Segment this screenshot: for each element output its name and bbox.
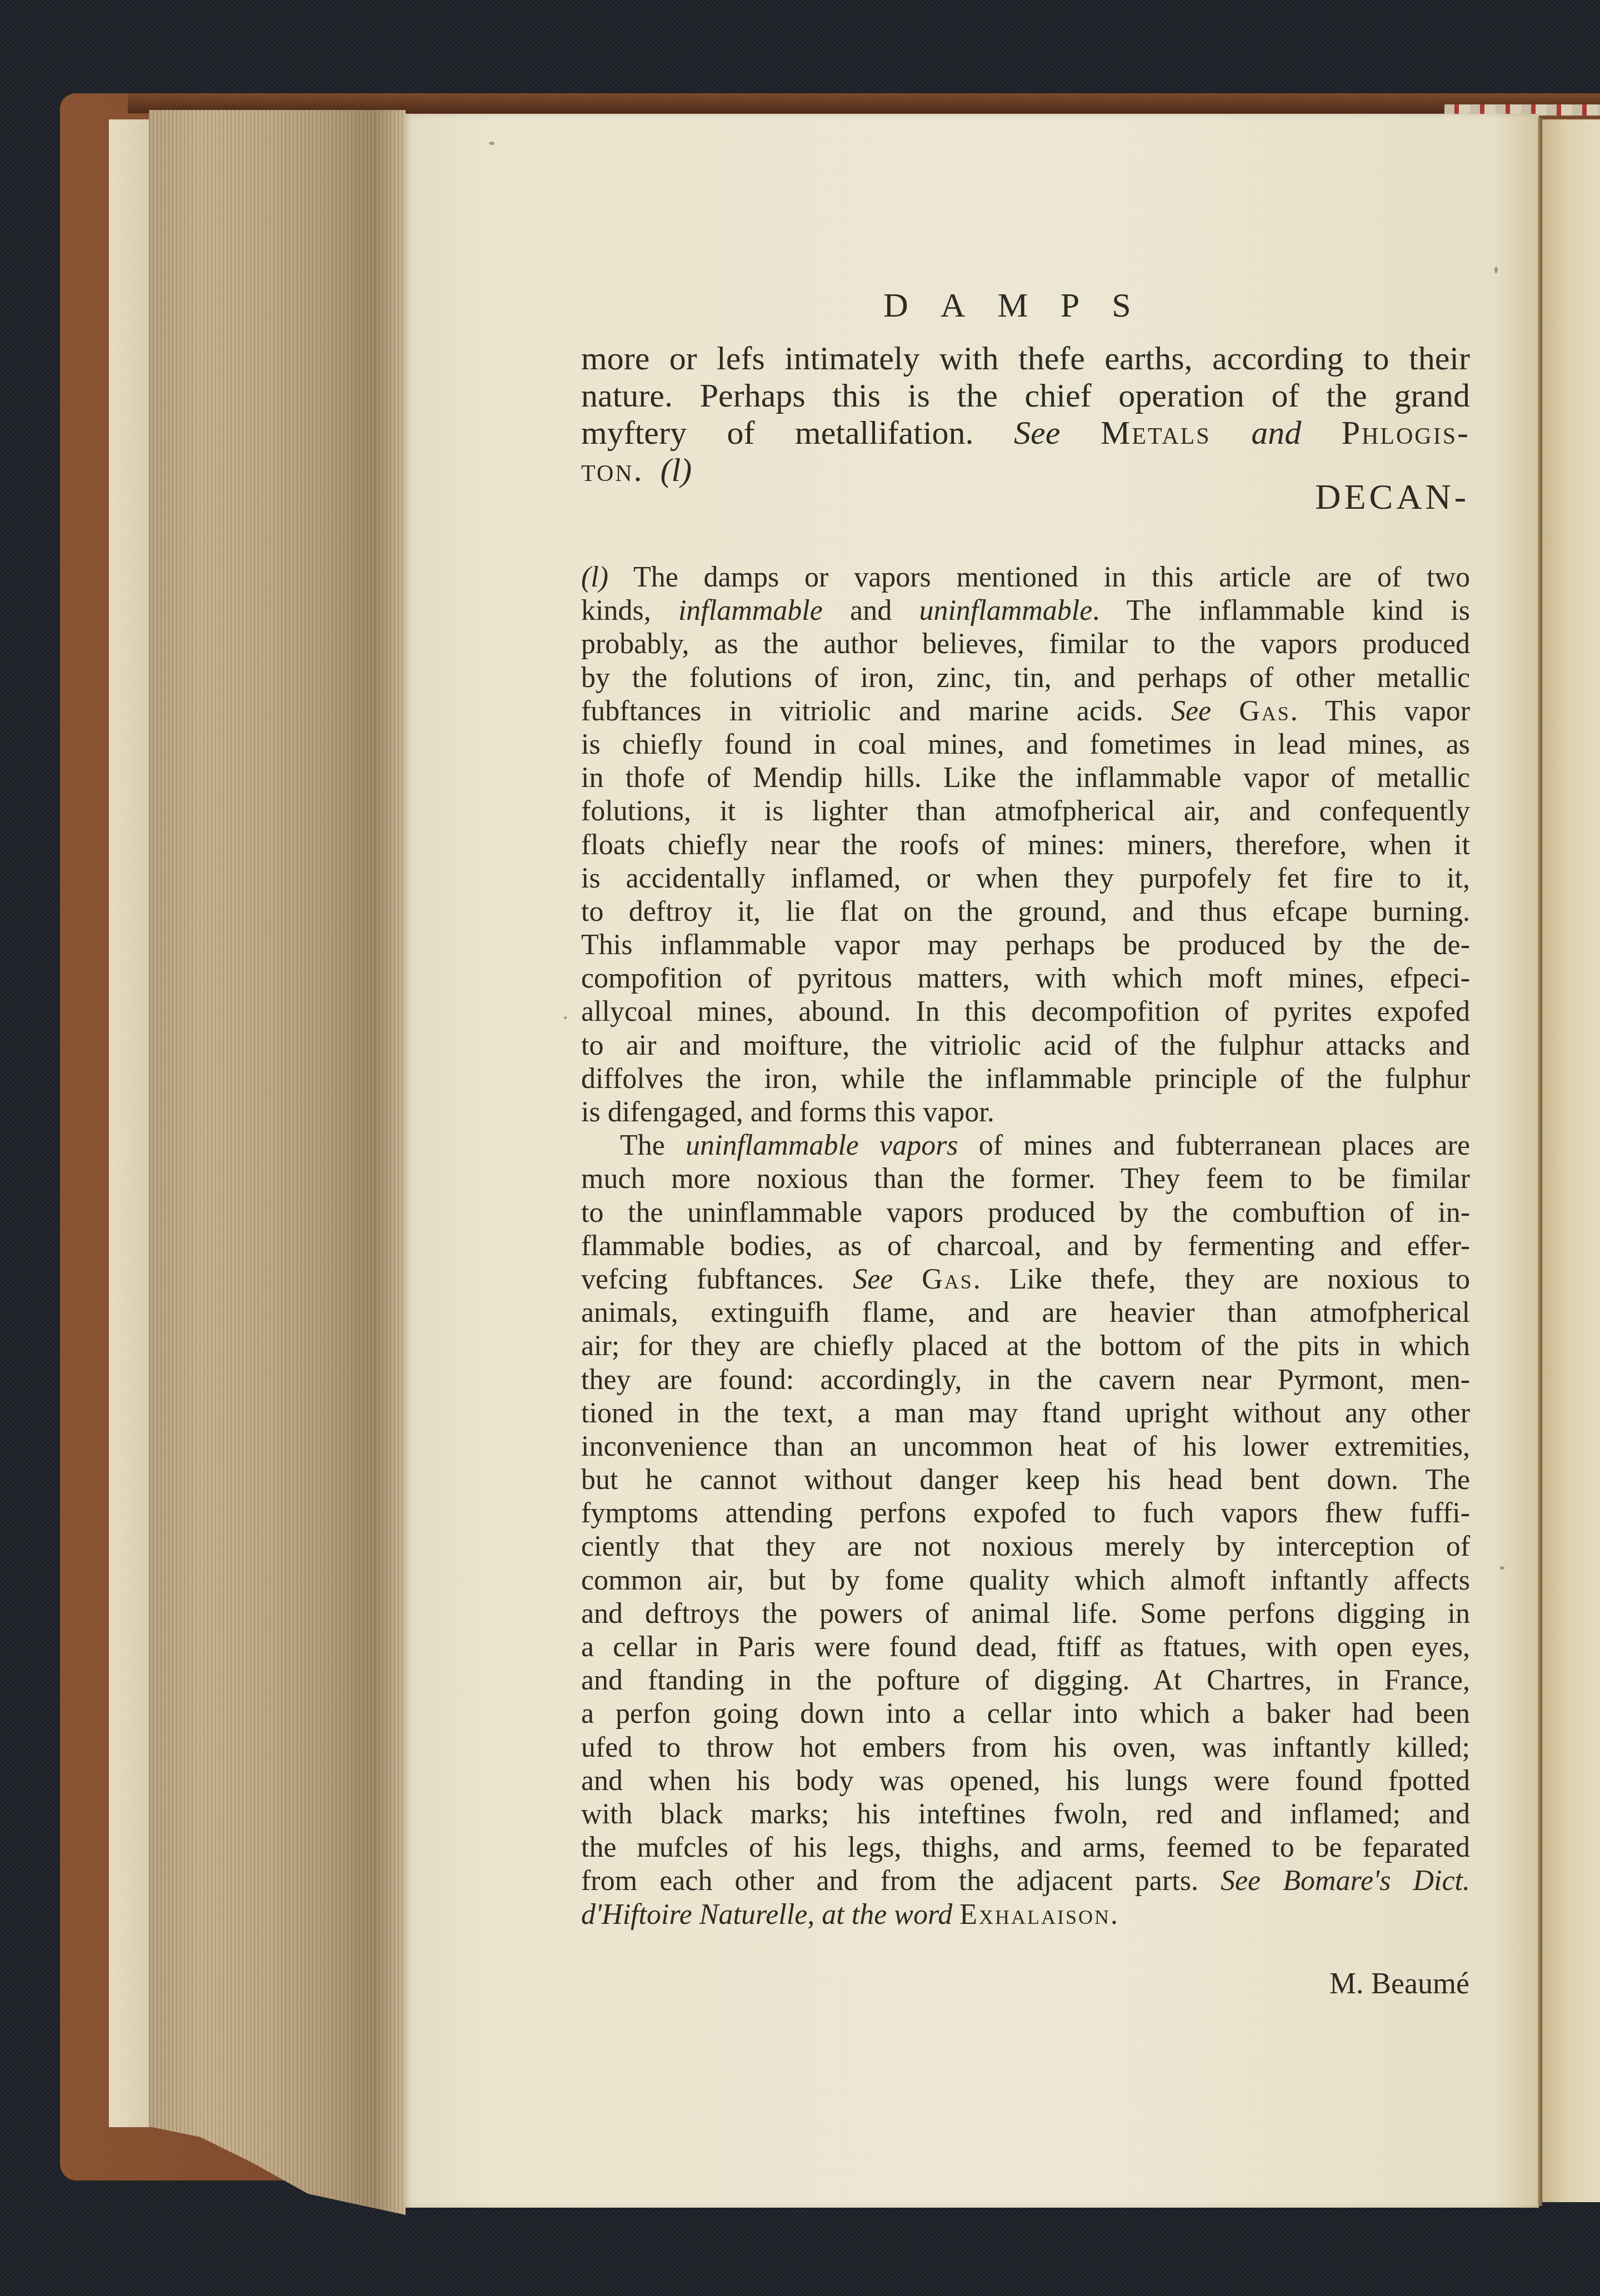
text-segment: and when his body was opened, his lungs … (581, 1765, 1470, 1797)
footnote-line: fymptoms attending perfons expofed to fu… (581, 1497, 1470, 1530)
text-segment: they are found: accordingly, in the cave… (581, 1364, 1470, 1396)
footnote-line: tioned in the text, a man may ftand upri… (581, 1397, 1470, 1430)
text-segment: to air and moifture, the vitriolic acid … (581, 1030, 1470, 1061)
footnote-line: and when his body was opened, his lungs … (581, 1764, 1470, 1798)
text-segment: of mines and fubterranean places are (958, 1130, 1470, 1161)
text-segment: much more noxious than the former. They … (581, 1163, 1470, 1195)
text-segment: flammable bodies, as of charcoal, and by… (581, 1230, 1470, 1262)
text-segment: a cellar in Paris were found dead, ftiff… (581, 1631, 1470, 1663)
body-text: more or lefs intimately with thefe earth… (581, 340, 1470, 489)
text-segment: The damps or vapors mentioned in this ar… (608, 562, 1470, 593)
footnote-block: (l) The damps or vapors mentioned in thi… (581, 561, 1470, 1932)
text-segment: from each other and from the adjacent pa… (581, 1865, 1221, 1897)
footnote-line: the mufcles of his legs, thighs, and arm… (581, 1831, 1470, 1864)
small-caps-reference: Gas (922, 1264, 973, 1295)
footnote-line: ufed to throw hot embers from his oven, … (581, 1731, 1470, 1764)
endpaper-strip (109, 119, 150, 2127)
text-segment: . This vapor (1291, 695, 1470, 727)
text-segment: a perfon going down into a cellar into w… (581, 1698, 1470, 1729)
footnote-line: from each other and from the adjacent pa… (581, 1864, 1470, 1898)
text-segment: by the folutions of iron, zinc, tin, and… (581, 662, 1470, 694)
footnote-line: they are found: accordingly, in the cave… (581, 1363, 1470, 1397)
text-segment: in thofe of Mendip hills. Like the infla… (581, 762, 1470, 794)
footnote-line: common air, but by fome quality which al… (581, 1564, 1470, 1597)
text-segment: but he cannot without danger keep his he… (581, 1464, 1470, 1496)
cross-reference-metals: Metals (1101, 414, 1211, 451)
italic-segment: d'Hiftoire Naturelle, at the word (581, 1899, 952, 1931)
footnote-line: animals, extinguifh flame, and are heavi… (581, 1296, 1470, 1330)
footnote-line: in thofe of Mendip hills. Like the infla… (581, 761, 1470, 795)
text-segment: kinds, (581, 595, 678, 626)
text-segment: is difengaged, and forms this vapor. (581, 1096, 994, 1128)
footnote-line: fubftances in vitriolic and marine acids… (581, 695, 1470, 728)
catchword: DECAN- (1278, 477, 1469, 518)
text-segment: and (823, 595, 919, 626)
italic-segment: See (853, 1264, 893, 1295)
footnote-line: flammable bodies, as of charcoal, and by… (581, 1230, 1470, 1263)
footnote-line: vefcing fubftances. See Gas. Like thefe,… (581, 1263, 1470, 1296)
cross-reference-phlogiston-cont: ton. (581, 452, 644, 488)
body-text-segment: myftery of metallifation. (581, 414, 974, 451)
footnote-line: air; for they are chiefly placed at the … (581, 1330, 1470, 1363)
italic-segment: See (1171, 695, 1211, 727)
footnote-line: is accidentally inflamed, or when they p… (581, 862, 1470, 895)
text-segment: . Like thefe, they are noxious to (973, 1264, 1470, 1295)
italic-segment: (l) (581, 562, 608, 593)
footnote-line: with black marks; his inteftines fwoln, … (581, 1798, 1470, 1831)
text-segment: to deftroy it, lie flat on the ground, a… (581, 896, 1470, 928)
footnote-line: by the folutions of iron, zinc, tin, and… (581, 661, 1470, 695)
signature-catchword: M. Beaumé (1278, 1966, 1469, 2001)
footnote-line: probably, as the author believes, fimila… (581, 628, 1470, 661)
facing-page-sliver (1542, 119, 1600, 2202)
gutter-fold (1538, 118, 1542, 2206)
text-segment: compofition of pyritous matters, with wh… (581, 962, 1470, 994)
see-reference: See (1014, 414, 1060, 451)
footnote-line: a cellar in Paris were found dead, ftiff… (581, 1631, 1470, 1664)
text-segment: ufed to throw hot embers from his oven, … (581, 1732, 1470, 1763)
footnote-marker: (l) (661, 452, 692, 488)
footnote-line: compofition of pyritous matters, with wh… (581, 962, 1470, 995)
running-head: DAMPS (883, 286, 1172, 325)
text-segment: tioned in the text, a man may ftand upri… (581, 1397, 1470, 1429)
italic-segment: uninflammable vapors (686, 1130, 958, 1161)
footnote-line: This inflammable vapor may perhaps be pr… (581, 929, 1470, 962)
text-segment: vefcing fubftances. (581, 1264, 853, 1295)
italic-segment: See Bomare's Dict. (1221, 1865, 1470, 1897)
text-segment (952, 1899, 959, 1931)
footnote-line: The uninflammable vapors of mines and fu… (581, 1129, 1470, 1162)
paper-speck (489, 142, 494, 145)
footnote-line: inconvenience than an uncommon heat of h… (581, 1430, 1470, 1463)
text-segment: and deftroys the powers of animal life. … (581, 1598, 1470, 1630)
footnote-line: allycoal mines, abound. In this decompof… (581, 995, 1470, 1029)
text-segment: . The inflammable kind is (1092, 595, 1470, 626)
footnote-line: to deftroy it, lie flat on the ground, a… (581, 895, 1470, 929)
text-segment: . (1111, 1899, 1118, 1931)
text-segment: The (620, 1130, 686, 1161)
text-segment: with black marks; his inteftines fwoln, … (581, 1798, 1470, 1830)
paper-speck (1494, 267, 1498, 273)
text-segment: and ftanding in the pofture of digging. … (581, 1665, 1470, 1696)
cross-reference-phlogiston: Phlogis- (1342, 414, 1470, 451)
text-segment: ciently that they are not noxious merely… (581, 1531, 1470, 1562)
text-segment: to the uninflammable vapors produced by … (581, 1197, 1470, 1229)
body-line: myftery of metallifation. See Metals and… (581, 414, 1470, 452)
footnote-line: is chiefly found in coal mines, and fome… (581, 728, 1470, 761)
footnote-line: ciently that they are not noxious merely… (581, 1530, 1470, 1563)
text-segment: folutions, it is lighter than atmofpheri… (581, 795, 1470, 827)
footnote-line: to the uninflammable vapors produced by … (581, 1196, 1470, 1230)
footnote-line: and deftroys the powers of animal life. … (581, 1597, 1470, 1631)
text-segment: fubftances in vitriolic and marine acids… (581, 695, 1171, 727)
footnote-line: but he cannot without danger keep his he… (581, 1463, 1470, 1497)
footnote-line: (l) The damps or vapors mentioned in thi… (581, 561, 1470, 594)
footnote-line: folutions, it is lighter than atmofpheri… (581, 795, 1470, 828)
text-segment: common air, but by fome quality which al… (581, 1565, 1470, 1596)
footnote-line: much more noxious than the former. They … (581, 1162, 1470, 1196)
small-caps-reference: Exhalaison (959, 1899, 1111, 1931)
body-line: nature. Perhaps this is the chief operat… (581, 377, 1470, 414)
footnote-line: to air and moifture, the vitriolic acid … (581, 1029, 1470, 1062)
text-segment: is accidentally inflamed, or when they p… (581, 863, 1470, 894)
paper-speck (1500, 1566, 1504, 1570)
italic-segment: inflammable (678, 595, 823, 626)
text-segment: animals, extinguifh flame, and are heavi… (581, 1297, 1470, 1329)
text-segment: This inflammable vapor may perhaps be pr… (581, 929, 1470, 961)
footnote-line: kinds, inflammable and uninflammable. Th… (581, 594, 1470, 628)
text-segment: diffolves the iron, while the inflammabl… (581, 1063, 1470, 1095)
footnote-line: a perfon going down into a cellar into w… (581, 1697, 1470, 1731)
text-segment: floats chiefly near the roofs of mines: … (581, 829, 1470, 861)
text-segment: fymptoms attending perfons expofed to fu… (581, 1497, 1470, 1529)
body-line: more or lefs intimately with thefe earth… (581, 340, 1470, 377)
small-caps-reference: Gas (1239, 695, 1291, 727)
italic-segment: uninflammable (919, 595, 1092, 626)
text-segment: inconvenience than an uncommon heat of h… (581, 1431, 1470, 1462)
footnote-line: floats chiefly near the roofs of mines: … (581, 829, 1470, 862)
footnote-line: diffolves the iron, while the inflammabl… (581, 1062, 1470, 1096)
text-segment (893, 1264, 922, 1295)
and-connector: and (1251, 414, 1301, 451)
text-segment (1211, 695, 1239, 727)
text-segment: the mufcles of his legs, thighs, and arm… (581, 1832, 1470, 1863)
text-segment: probably, as the author believes, fimila… (581, 628, 1470, 660)
page-stack-fore-edge (149, 110, 406, 2215)
text-segment: air; for they are chiefly placed at the … (581, 1330, 1470, 1362)
paper-speck (564, 1016, 567, 1019)
footnote-line: is difengaged, and forms this vapor. (581, 1096, 1470, 1129)
footnote-line: d'Hiftoire Naturelle, at the word Exhala… (581, 1898, 1470, 1932)
text-segment: allycoal mines, abound. In this decompof… (581, 996, 1470, 1027)
footnote-line: and ftanding in the pofture of digging. … (581, 1664, 1470, 1697)
text-segment: is chiefly found in coal mines, and fome… (581, 729, 1470, 760)
